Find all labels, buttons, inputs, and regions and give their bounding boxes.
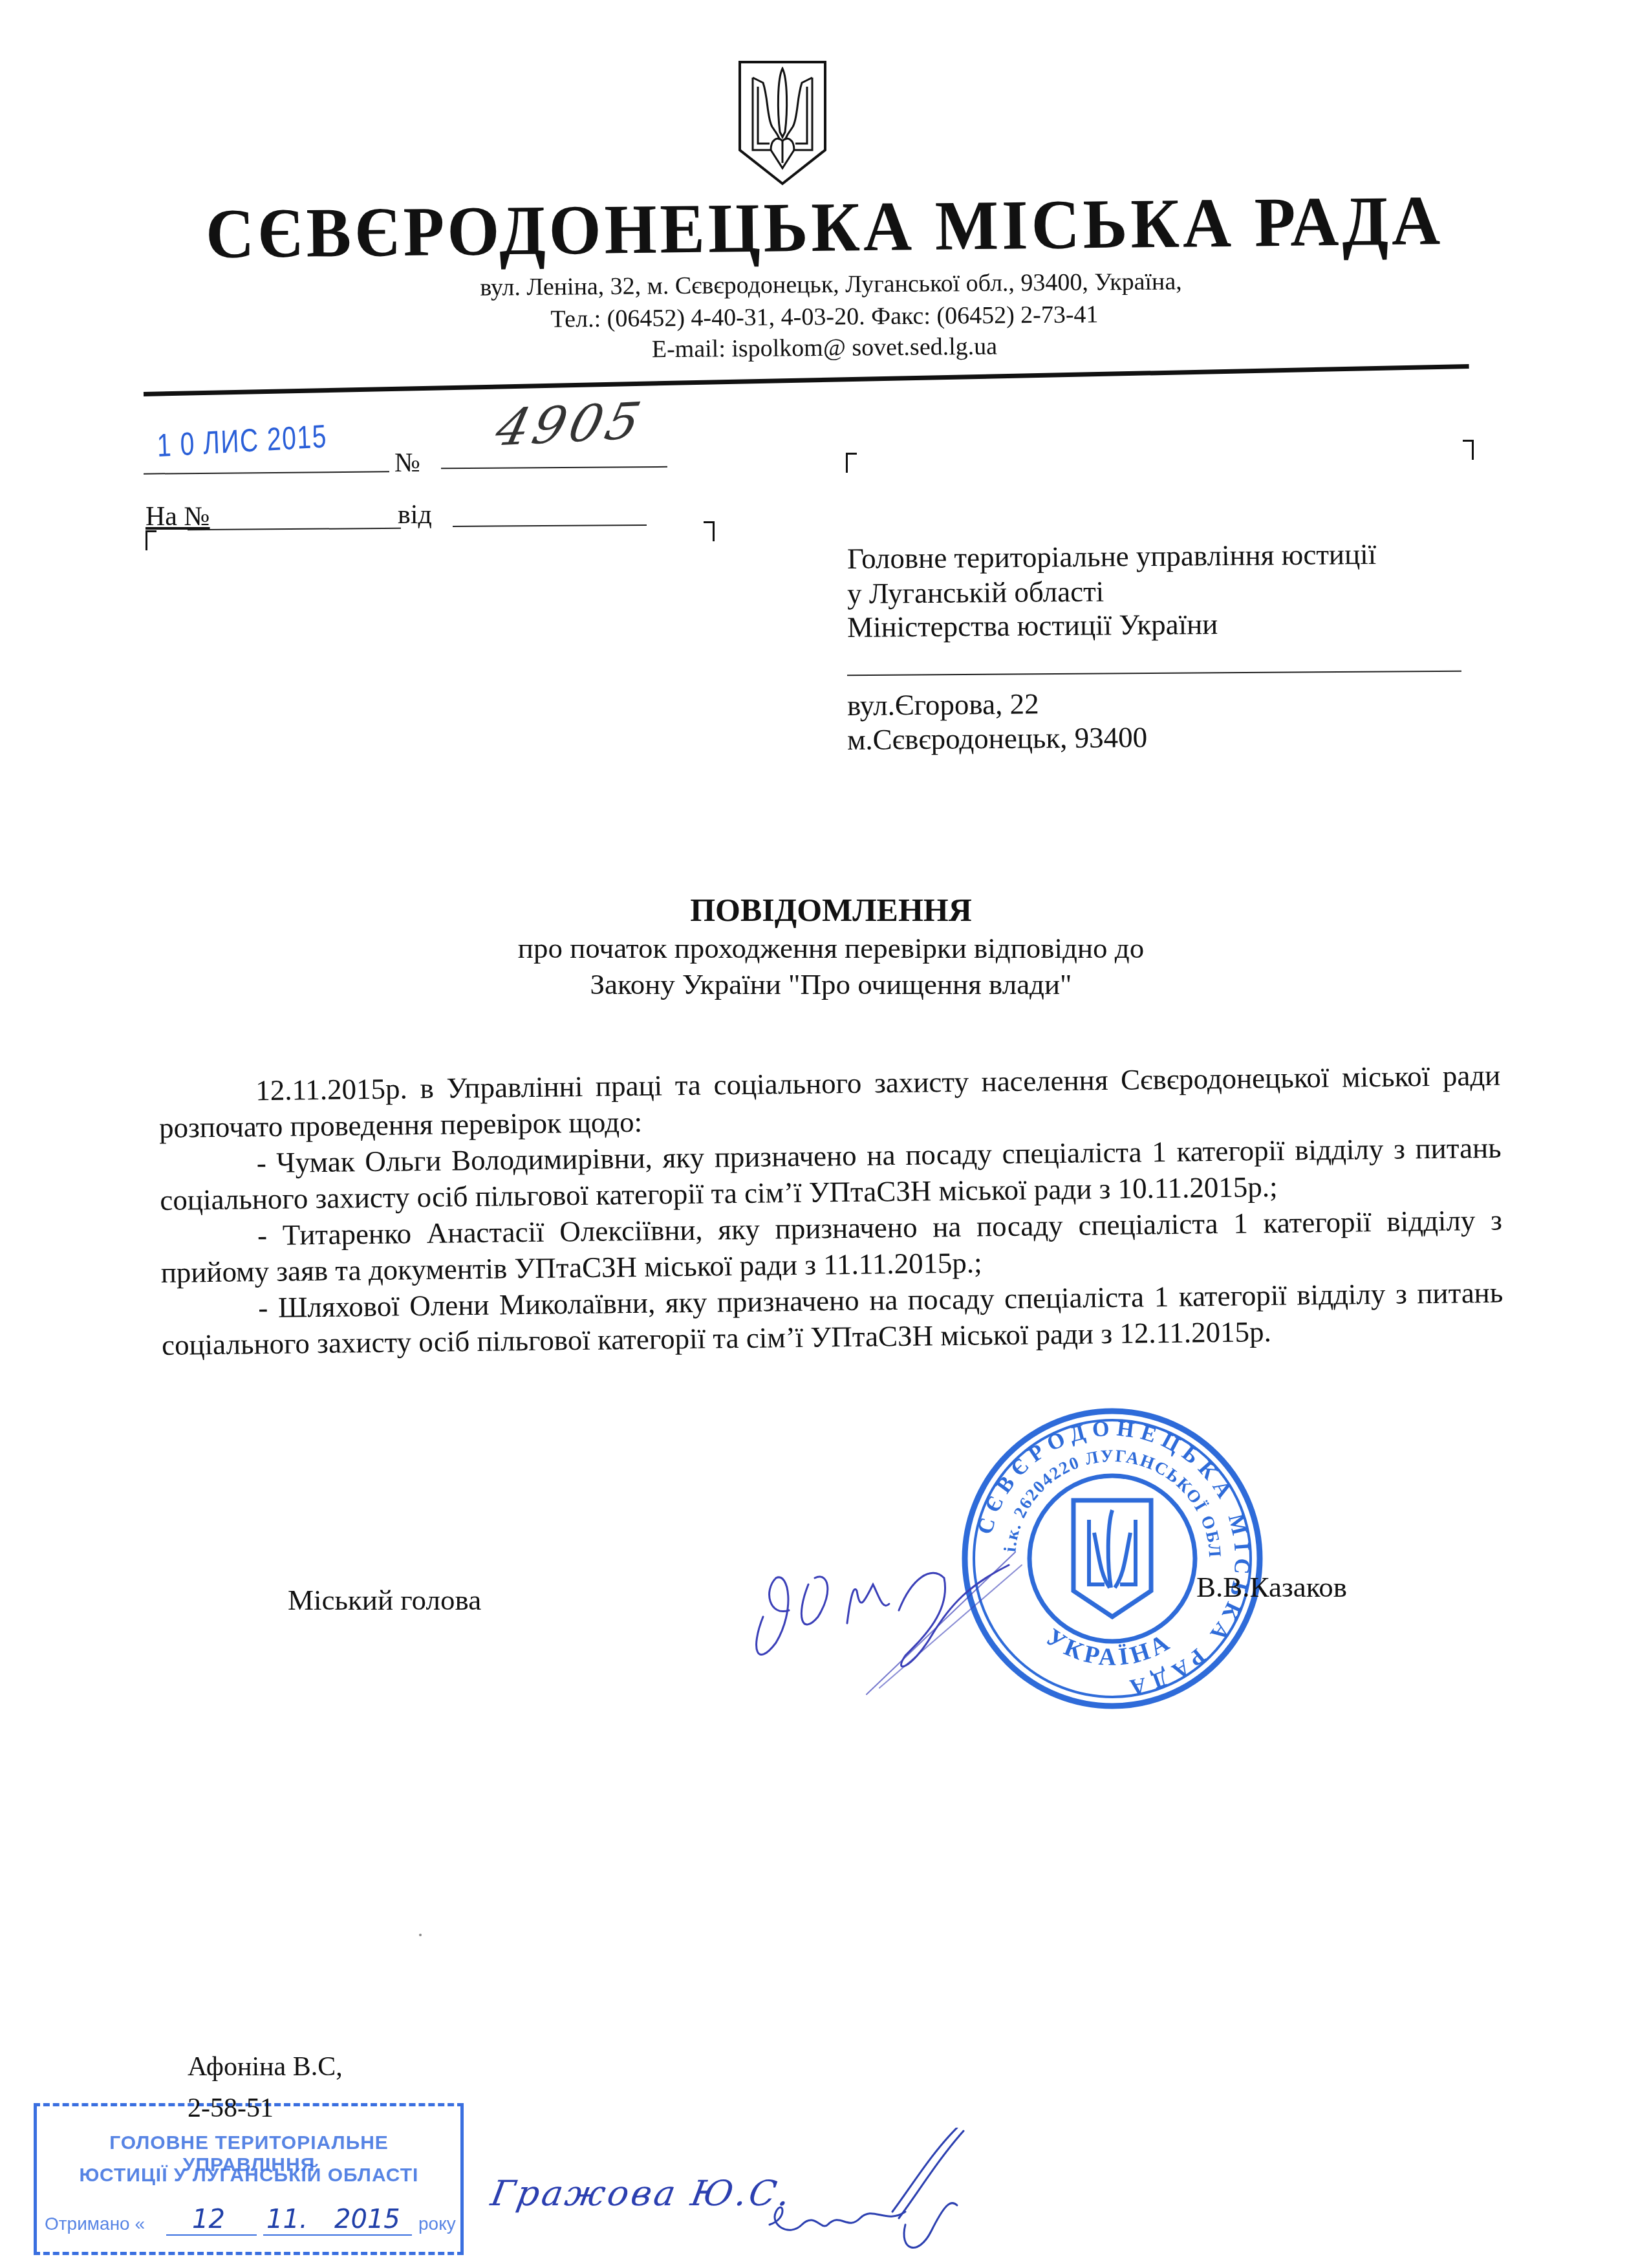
document-subtitle: про початок проходження перевірки відпов… — [0, 931, 1649, 965]
handwritten-signature — [737, 1539, 1035, 1701]
reference-number-underline — [188, 528, 401, 530]
corner-bracket — [846, 453, 857, 473]
received-year: 2015 — [334, 2205, 400, 2234]
received-stamp: ГОЛОВНЕ ТЕРИТОРІАЛЬНЕ УПРАВЛІННЯ ЮСТИЦІЇ… — [34, 2103, 464, 2255]
document-title: ПОВІДОМЛЕННЯ — [0, 891, 1649, 929]
number-underline — [441, 466, 667, 469]
header-divider — [144, 364, 1469, 396]
recipient-street: вул.Єгорова, 22 — [847, 687, 1039, 722]
trident-coat-of-arms-icon — [737, 59, 828, 186]
corner-bracket — [704, 521, 715, 541]
reference-number-label: На № — [145, 501, 210, 532]
received-month-year-underline — [263, 2234, 412, 2236]
body-item: - Шляхової Олени Миколаївни, яку признач… — [161, 1275, 1503, 1363]
received-label: Отримано « — [45, 2214, 145, 2234]
recipient-line: Міністерства юстиції України — [847, 607, 1218, 644]
recipient-line: у Луганській області — [847, 575, 1105, 610]
recipient-divider — [847, 671, 1461, 676]
received-month: 11. — [266, 2205, 308, 2234]
received-by-handwritten: Гражова Ю.С. — [488, 2173, 795, 2214]
received-day: 12 — [192, 2205, 225, 2234]
date-underline — [144, 471, 389, 474]
signer-name: В.В.Казаков — [1196, 1570, 1347, 1604]
received-by-signature — [763, 2128, 1035, 2268]
corner-bracket — [1463, 440, 1474, 460]
outgoing-date-stamp: 1 0 ЛИС 2015 — [156, 417, 328, 464]
recipient-city: м.Сєвєродонецьк, 93400 — [847, 720, 1148, 757]
executor-name: Афоніна В.С, — [188, 2051, 343, 2082]
reference-date-label: від — [398, 499, 432, 530]
reference-date-underline — [453, 524, 647, 527]
corner-bracket — [145, 530, 156, 550]
organization-name: СЄВЄРОДОНЕЦЬКА МІСЬКА РАДА — [0, 178, 1649, 277]
signer-title: Міський голова — [288, 1583, 481, 1617]
document-body: 12.11.2015р. в Управлінні праці та соціа… — [158, 1057, 1503, 1363]
executor-phone: 2-58-51 — [188, 2093, 274, 2124]
registration-number: 4905 — [490, 392, 650, 458]
scan-artifact — [419, 1934, 422, 1936]
document-subtitle: Закону України "Про очищення влади" — [0, 967, 1649, 1001]
recipient-line: Головне територіальне управління юстиції — [847, 537, 1377, 576]
number-label: № — [394, 448, 420, 479]
received-year-suffix: року — [418, 2214, 456, 2234]
received-day-underline — [166, 2234, 257, 2236]
received-stamp-org-line: ЮСТИЦІЇ У ЛУГАНСЬКІЙ ОБЛАСТІ — [42, 2165, 456, 2187]
